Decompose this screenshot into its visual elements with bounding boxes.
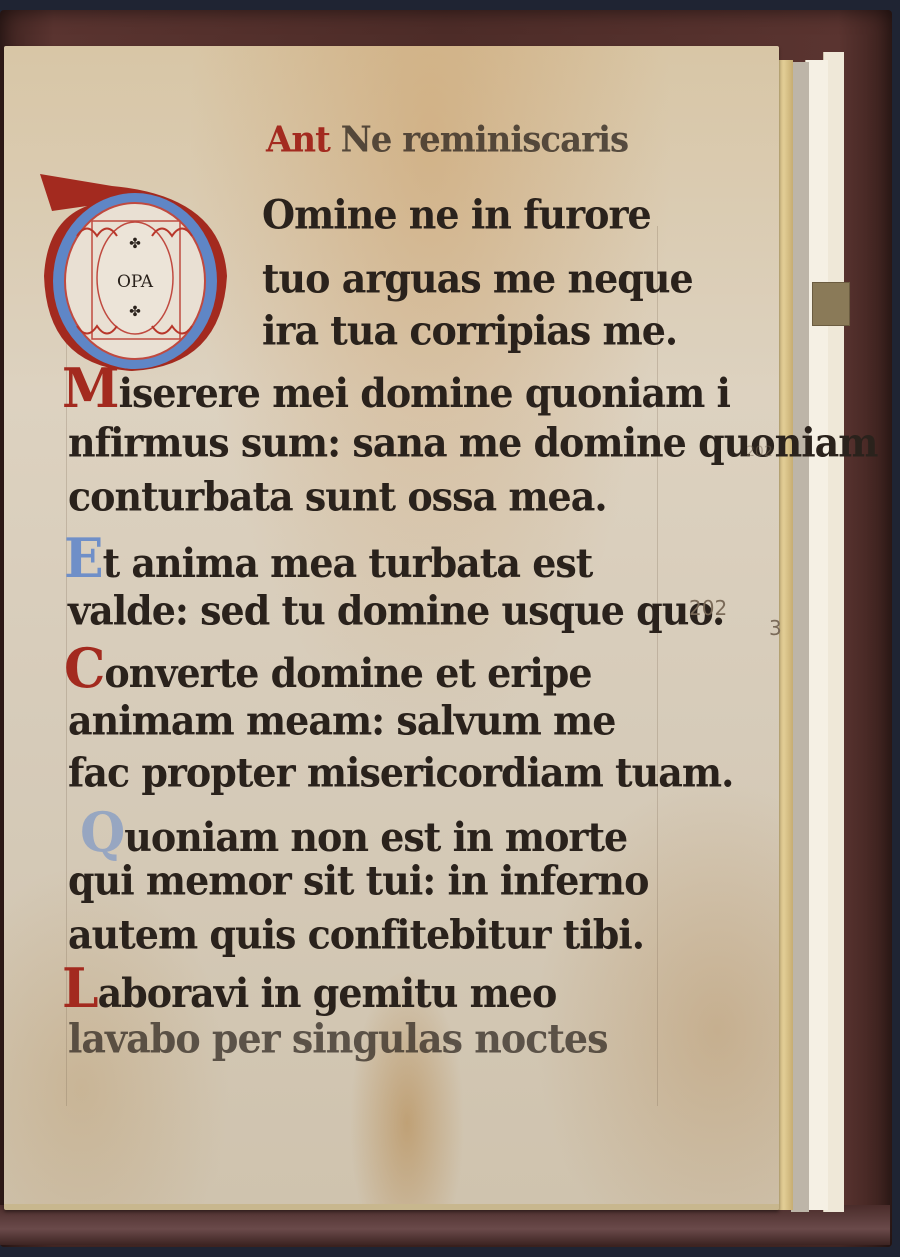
red-initial-L: L (62, 956, 98, 1020)
text-line: qui memor sit tui: in inferno (68, 857, 648, 904)
folio-number: 202 (746, 444, 773, 460)
text-line: Quoniam non est in morte (80, 800, 627, 864)
initial-inscription: OPA (117, 272, 154, 292)
text-line: Et anima mea turbata est (64, 526, 592, 590)
text-line: conturbata sunt ossa mea. (68, 473, 607, 520)
text-line: MMiserere mei domine quoniam iiserere me… (62, 356, 730, 420)
text-line: fac propter misericordiam tuam. (68, 749, 733, 796)
blue-initial-Q: Q (80, 800, 124, 864)
red-initial-C: C (64, 636, 104, 700)
svg-text:✤: ✤ (129, 304, 141, 320)
text-line: valde: sed tu domine usque quo. (68, 587, 724, 634)
text-line: tuo arguas me neque (262, 255, 693, 302)
svg-text:✤: ✤ (129, 236, 141, 252)
page-tab (812, 282, 850, 326)
rubric-line: Ant Ne reminiscaris (266, 119, 628, 161)
rubric-text: Ne reminiscaris (341, 119, 628, 161)
text-line: lavabo per singulas noctes (68, 1015, 607, 1062)
folio-number: 202 (689, 596, 727, 620)
binding-bottom-edge (0, 1205, 890, 1245)
leaf-edge (791, 62, 809, 1212)
text-line: Converte domine et eripe (64, 636, 592, 700)
text-line: Laboravi in gemitu meo (62, 956, 556, 1020)
manuscript-page: ✤ ✤ OPA Ant Ne reminiscaris Omine ne in … (4, 46, 779, 1210)
page-edges (775, 52, 835, 1202)
rubric-label: Ant (266, 119, 330, 161)
text-line: animam meam: salvum me (68, 697, 615, 744)
folio-number: 3 (769, 616, 782, 640)
illuminated-initial-D: ✤ ✤ OPA (32, 166, 237, 376)
text-line: ira tua corripias me. (262, 307, 677, 354)
text-line: autem quis confitebitur tibi. (68, 911, 644, 958)
blue-initial-E: E (64, 526, 103, 590)
red-initial-M: M (62, 356, 119, 420)
text-line: Omine ne in furore (262, 191, 651, 238)
